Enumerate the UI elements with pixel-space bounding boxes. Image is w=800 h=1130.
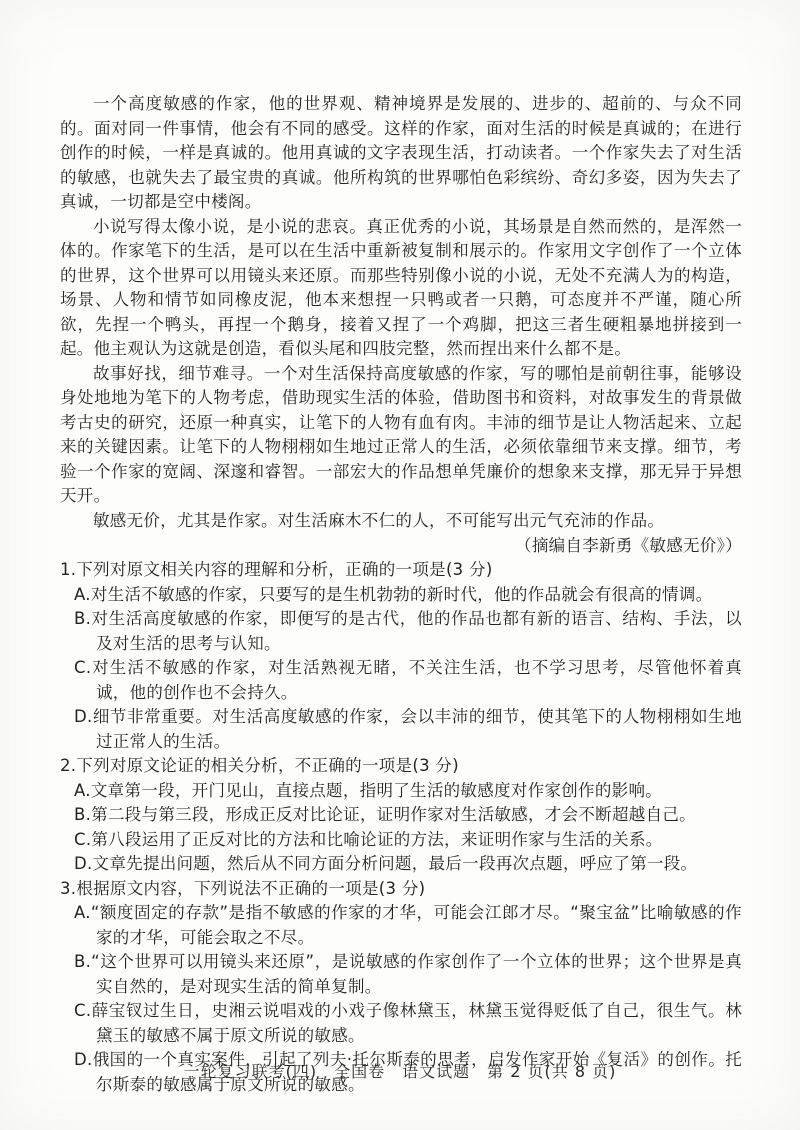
question-2-stem: 2.下列对原文论证的相关分析，不正确的一项是(3 分)	[60, 754, 742, 779]
passage-paragraph-3: 故事好找，细节难寻。一个对生活保持高度敏感的作家，写的哪怕是前朝往事，能够设身处…	[60, 362, 742, 509]
passage-paragraph-1: 一个高度敏感的作家，他的世界观、精神境界是发展的、进步的、超前的、与众不同的。面…	[60, 92, 742, 215]
question-2-option-c: C.第八段运用了正反对比的方法和比喻论证的方法，来证明作家与生活的关系。	[74, 828, 742, 853]
page-footer: 一轮复习联考(四) 全国卷 语文试题 第 2 页(共 8 页)	[0, 1059, 800, 1082]
question-1: 1.下列对原文相关内容的理解和分析，正确的一项是(3 分) A.对生活不敏感的作…	[60, 558, 742, 754]
question-1-option-d: D.细节非常重要。对生活高度敏感的作家，会以丰沛的细节，使其笔下的人物栩栩如生地…	[74, 705, 742, 754]
question-1-option-c: C.对生活不敏感的作家，对生活熟视无睹，不关注生活，也不学习思考，尽管他怀着真诚…	[74, 656, 742, 705]
question-2-option-d: D.文章先提出问题，然后从不同方面分析问题，最后一段再次点题，呼应了第一段。	[74, 852, 742, 877]
passage-paragraph-2: 小说写得太像小说，是小说的悲哀。真正优秀的小说，其场景是自然而然的，是浑然一体的…	[60, 215, 742, 362]
question-3-option-b: B.“这个世界可以用镜头来还原”，是说敏感的作家创作了一个立体的世界；这个世界是…	[74, 950, 742, 999]
question-1-option-b: B.对生活高度敏感的作家，即便写的是古代，他的作品也都有新的语言、结构、手法，以…	[74, 607, 742, 656]
question-1-option-a: A.对生活不敏感的作家，只要写的是生机勃勃的新时代，他的作品就会有很高的情调。	[74, 583, 742, 608]
question-3-stem: 3.根据原文内容，下列说法不正确的一项是(3 分)	[60, 877, 742, 902]
passage-attribution: （摘编自李新勇《敏感无价》）	[60, 533, 742, 558]
passage-paragraph-4: 敏感无价，尤其是作家。对生活麻木不仁的人，不可能写出元气充沛的作品。	[60, 509, 742, 534]
question-1-stem: 1.下列对原文相关内容的理解和分析，正确的一项是(3 分)	[60, 558, 742, 583]
page-content: 一个高度敏感的作家，他的世界观、精神境界是发展的、进步的、超前的、与众不同的。面…	[60, 92, 742, 1097]
exam-paper-page: 一个高度敏感的作家，他的世界观、精神境界是发展的、进步的、超前的、与众不同的。面…	[0, 0, 800, 1130]
question-3-option-c: C.薛宝钗过生日，史湘云说唱戏的小戏子像林黛玉，林黛玉觉得贬低了自己，很生气。林…	[74, 999, 742, 1048]
question-3-option-a: A.“额度固定的存款”是指不敏感的作家的才华，可能会江郎才尽。“聚宝盆”比喻敏感…	[74, 901, 742, 950]
question-2-option-a: A.文章第一段，开门见山，直接点题，指明了生活的敏感度对作家创作的影响。	[74, 779, 742, 804]
question-2: 2.下列对原文论证的相关分析，不正确的一项是(3 分) A.文章第一段，开门见山…	[60, 754, 742, 877]
question-2-option-b: B.第二段与第三段，形成正反对比论证，证明作家对生活敏感，才会不断超越自己。	[74, 803, 742, 828]
